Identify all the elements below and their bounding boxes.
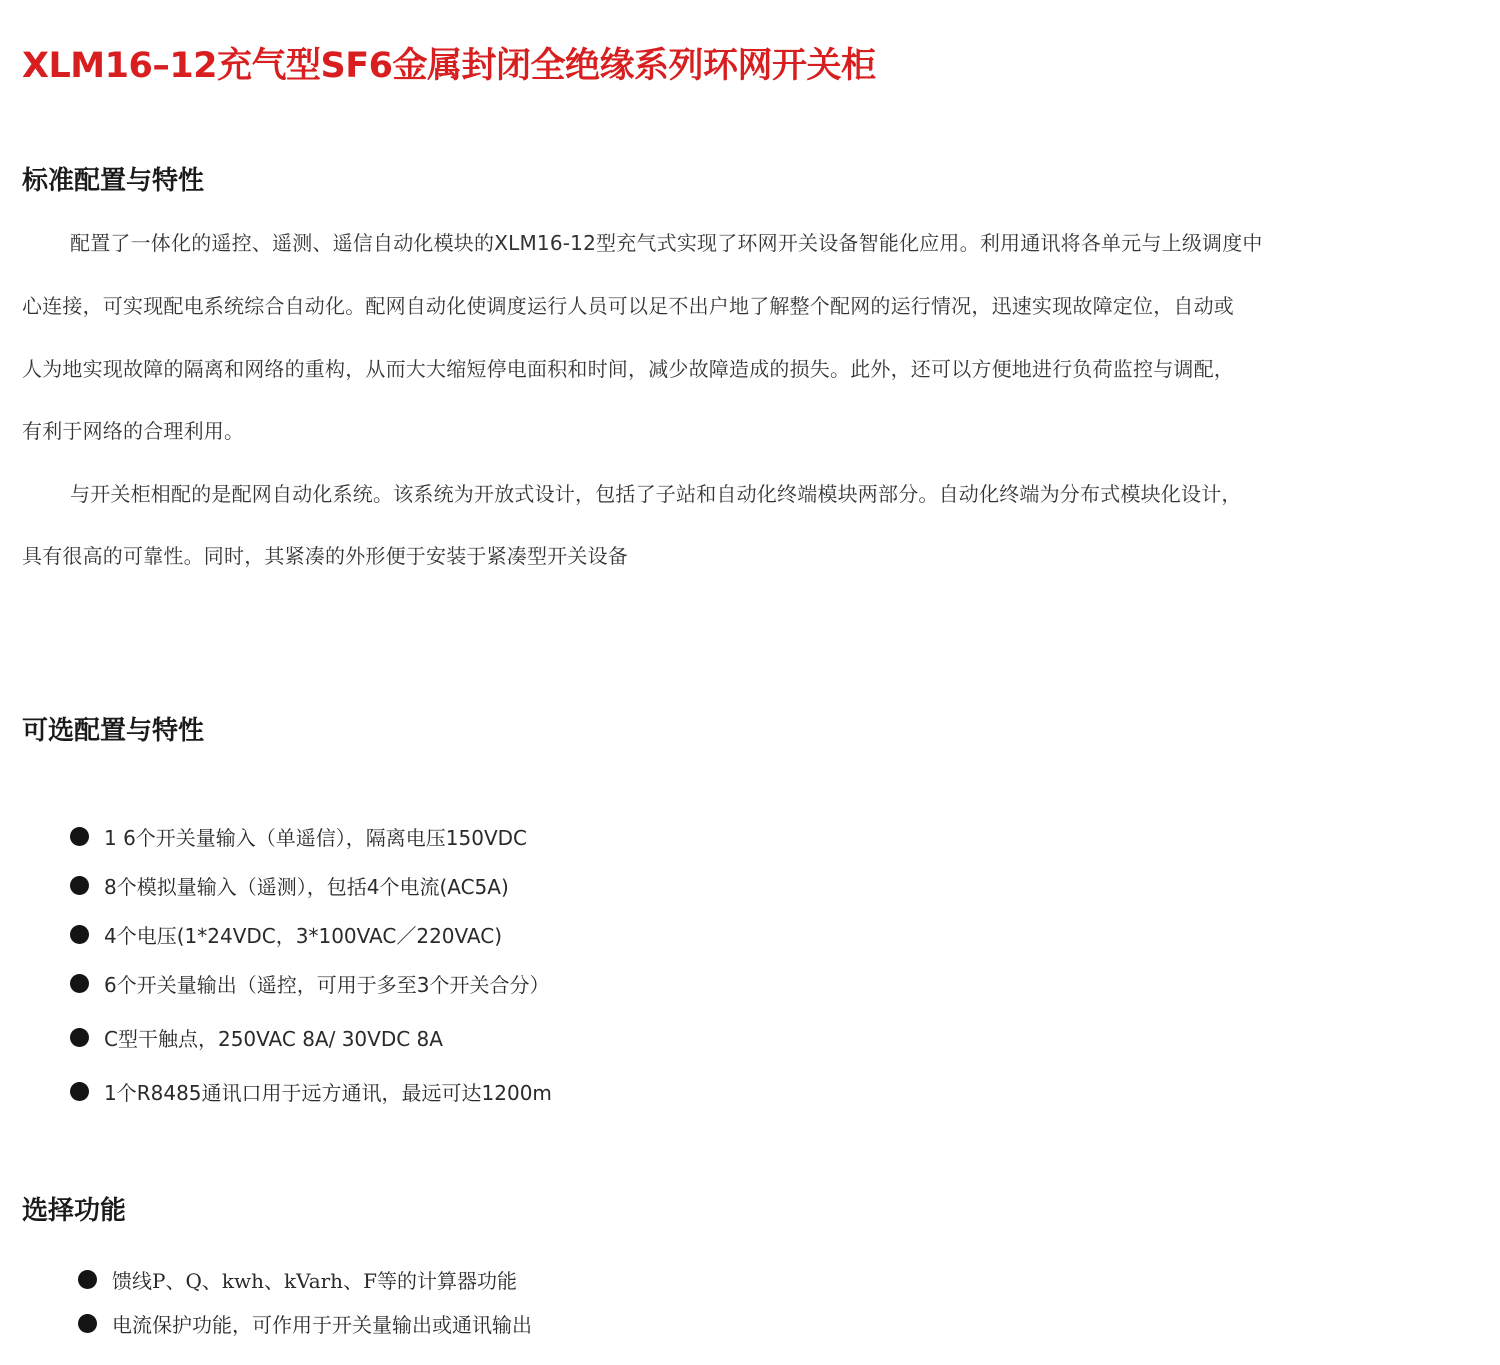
list-item-text: 8个模拟量输入（遥测），包括4个电流(AC5A) [104, 871, 509, 900]
list-item: 1个R8485通讯口用于远方通讯，最远可达1200m [70, 1077, 552, 1106]
standard-config-heading: 标准配置与特性 [22, 160, 204, 197]
bullet-icon [78, 1270, 97, 1289]
list-item-text: 馈线P、Q、kwh、kVarh、F等的计算器功能 [112, 1265, 517, 1294]
list-item: 1 6个开关量输入（单遥信），隔离电压150VDC [70, 822, 527, 851]
optional-config-heading: 可选配置与特性 [22, 710, 204, 747]
list-item-text: 1 6个开关量输入（单遥信），隔离电压150VDC [104, 822, 527, 851]
list-item-text: C型干触点，250VAC 8A/ 30VDC 8A [104, 1023, 443, 1052]
paragraph-line: 有利于网络的合理利用。 [22, 415, 244, 444]
paragraph-line: 与开关柜相配的是配网自动化系统。该系统为开放式设计，包括了子站和自动化终端模块两… [70, 478, 1242, 507]
list-item: C型干触点，250VAC 8A/ 30VDC 8A [70, 1023, 443, 1052]
list-item: 4个电压(1*24VDC，3*100VAC／220VAC) [70, 920, 502, 949]
paragraph-line: 具有很高的可靠性。同时，其紧凑的外形便于安装于紧凑型开关设备 [22, 540, 628, 569]
bullet-icon [70, 1028, 89, 1047]
bullet-icon [70, 925, 89, 944]
list-item: 馈线P、Q、kwh、kVarh、F等的计算器功能 [78, 1265, 517, 1294]
list-item-text: 4个电压(1*24VDC，3*100VAC／220VAC) [104, 920, 502, 949]
list-item: 电流保护功能，可作用于开关量输出或通讯输出 [78, 1309, 532, 1338]
list-item-text: 电流保护功能，可作用于开关量输出或通讯输出 [112, 1309, 532, 1338]
bullet-icon [70, 876, 89, 895]
bullet-icon [70, 1082, 89, 1101]
list-item: 6个开关量输出（遥控，可用于多至3个开关合分） [70, 969, 549, 998]
bullet-icon [70, 974, 89, 993]
page-title: XLM16–12充气型SF6金属封闭全绝缘系列环网开关柜 [22, 38, 876, 88]
bullet-icon [70, 827, 89, 846]
bullet-icon [78, 1314, 97, 1333]
paragraph-line: 心连接，可实现配电系统综合自动化。配网自动化使调度运行人员可以足不出户地了解整个… [22, 290, 1234, 319]
list-item-text: 1个R8485通讯口用于远方通讯，最远可达1200m [104, 1077, 552, 1106]
paragraph-line: 人为地实现故障的隔离和网络的重构，从而大大缩短停电面积和时间，减少故障造成的损失… [22, 353, 1234, 382]
paragraph-line: 配置了一体化的遥控、遥测、遥信自动化模块的XLM16-12型充气式实现了环网开关… [70, 227, 1263, 256]
function-heading: 选择功能 [22, 1190, 126, 1227]
list-item: 8个模拟量输入（遥测），包括4个电流(AC5A) [70, 871, 509, 900]
list-item-text: 6个开关量输出（遥控，可用于多至3个开关合分） [104, 969, 549, 998]
